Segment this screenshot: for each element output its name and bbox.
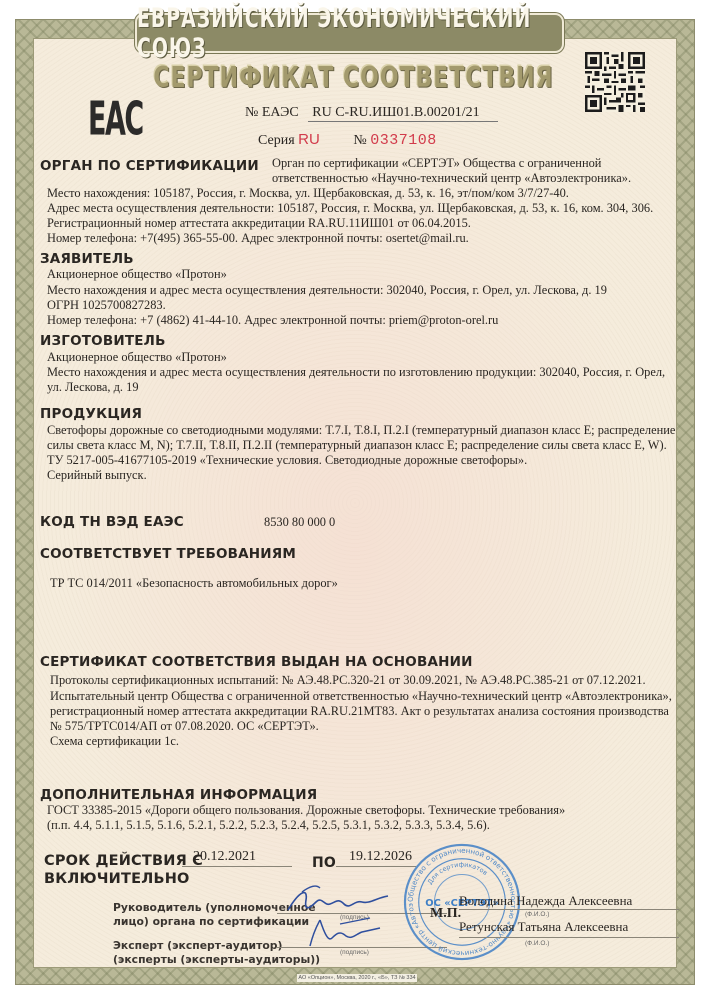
manufacturer-address-1: Место нахождения и адрес места осуществл… (47, 365, 665, 380)
basis-accreditation: регистрационный номер аттестата аккредит… (50, 704, 669, 719)
series-line: Серия RU № 0337108 (258, 131, 437, 149)
product-serial: Серийный выпуск. (47, 468, 147, 483)
certification-body-accreditation: Регистрационный номер аттестата аккредит… (47, 216, 471, 231)
product-heading: ПРОДУКЦИЯ (40, 406, 142, 422)
certification-body-name-1: Орган по сертификации «СЕРТЭТ» Общества … (272, 156, 601, 171)
blank-number-label: № (353, 133, 366, 148)
series-label: Серия (258, 133, 295, 148)
applicant-contacts: Номер телефона: +7 (4862) 41-44-10. Адре… (47, 313, 498, 328)
series-value: RU (298, 131, 320, 148)
head-name: Володина Надежда Алексеевна (459, 893, 632, 908)
product-line-2: силы света класс M, N); Т.7.II, Т.8.II, … (47, 438, 667, 453)
basis-test-center: Испытательный центр Общества с ограничен… (50, 689, 672, 704)
basis-scheme: Схема сертификации 1с. (50, 734, 179, 749)
manufacturer-address-2: ул. Лескова, д. 19 (47, 380, 139, 395)
union-banner: ЕВРАЗИЙСКИЙ ЭКОНОМИЧЕСКИЙ СОЮЗ (137, 15, 562, 51)
additional-info-standard: ГОСТ 33385-2015 «Дороги общего пользован… (47, 803, 565, 818)
applicant-heading: ЗАЯВИТЕЛЬ (40, 251, 134, 267)
svg-text:Для сертификатов: Для сертификатов (426, 861, 489, 886)
seal-label: М.П. (430, 906, 461, 921)
qr-code-icon (585, 52, 645, 112)
validity-heading-2: ВКЛЮЧИТЕЛЬНО (44, 871, 190, 887)
handwritten-signature-icon (280, 880, 410, 955)
tn-ved-value: 8530 80 000 0 (264, 515, 335, 530)
union-banner-text: ЕВРАЗИЙСКИЙ ЭКОНОМИЧЕСКИЙ СОЮЗ (137, 3, 562, 63)
eac-logo-icon: ЕАС (88, 93, 143, 146)
expert-signature-label-2: (эксперты (эксперты-аудиторы)) (113, 953, 320, 967)
manufacturer-heading: ИЗГОТОВИТЕЛЬ (40, 333, 166, 349)
applicant-ogrn: ОГРН 1025700827283. (47, 298, 166, 313)
requirements-value: ТР ТС 014/2011 «Безопасность автомобильн… (50, 576, 338, 591)
certification-body-heading: ОРГАН ПО СЕРТИФИКАЦИИ (40, 158, 259, 174)
blank-number-value: 0337108 (370, 132, 437, 149)
expert-fio-caption: (Ф.И.О.) (525, 940, 549, 947)
validity-heading-1: СРОК ДЕЙСТВИЯ С (44, 853, 203, 869)
basis-act: № 575/ТРТС014/АП от 07.08.2020. ОС «СЕРТ… (50, 719, 319, 734)
certificate-number-label: № ЕАЭС (245, 105, 299, 120)
certificate-number: № ЕАЭС RU C-RU.ИШ01.В.00201/21 (245, 105, 498, 122)
applicant-name: Акционерное общество «Протон» (47, 267, 227, 282)
basis-protocols: Протоколы сертификационных испытаний: № … (50, 673, 646, 688)
certification-body-contacts: Номер телефона: +7(495) 365-55-00. Адрес… (47, 231, 469, 246)
certificate-title-text: СЕРТИФИКАТ СООТВЕТСТВИЯ (153, 62, 553, 95)
product-line-1: Светофоры дорожные со светодиодными моду… (47, 423, 675, 438)
certificate-number-value: RU C-RU.ИШ01.В.00201/21 (308, 105, 498, 122)
additional-info-clauses: (п.п. 4.4, 5.1.1, 5.1.5, 5.1.6, 5.2.1, 5… (47, 818, 490, 833)
basis-heading: СЕРТИФИКАТ СООТВЕТСТВИЯ ВЫДАН НА ОСНОВАН… (40, 654, 473, 670)
expert-name: Ретунская Татьяна Алексеевна (459, 919, 628, 934)
head-name-line (459, 909, 679, 910)
certification-body-address: Адрес места осуществления деятельности: … (47, 201, 653, 216)
product-spec: ТУ 5217-005-41677105-2019 «Технические у… (47, 453, 527, 468)
expert-name-line (459, 937, 679, 938)
manufacturer-name: Акционерное общество «Протон» (47, 350, 227, 365)
expert-signature-label-1: Эксперт (эксперт-аудитор) (113, 939, 282, 953)
applicant-address: Место нахождения и адрес места осуществл… (47, 283, 607, 298)
certification-body-location: Место нахождения: 105187, Россия, г. Мос… (47, 186, 569, 201)
certification-body-name-2: ответственностью «Научно-технический цен… (272, 171, 631, 186)
validity-to-label: ПО (312, 855, 336, 871)
head-fio-caption: (Ф.И.О.) (525, 911, 549, 918)
validity-from-underline (182, 866, 292, 867)
requirements-heading: СООТВЕТСТВУЕТ ТРЕБОВАНИЯМ (40, 546, 296, 562)
validity-from-date: 20.12.2021 (193, 849, 256, 864)
tn-ved-heading: КОД ТН ВЭД ЕАЭС (40, 514, 184, 530)
additional-info-heading: ДОПОЛНИТЕЛЬНАЯ ИНФОРМАЦИЯ (40, 787, 317, 803)
print-info: АО «Опцион», Москва, 2020 г., «Б», ТЗ № … (297, 974, 417, 982)
